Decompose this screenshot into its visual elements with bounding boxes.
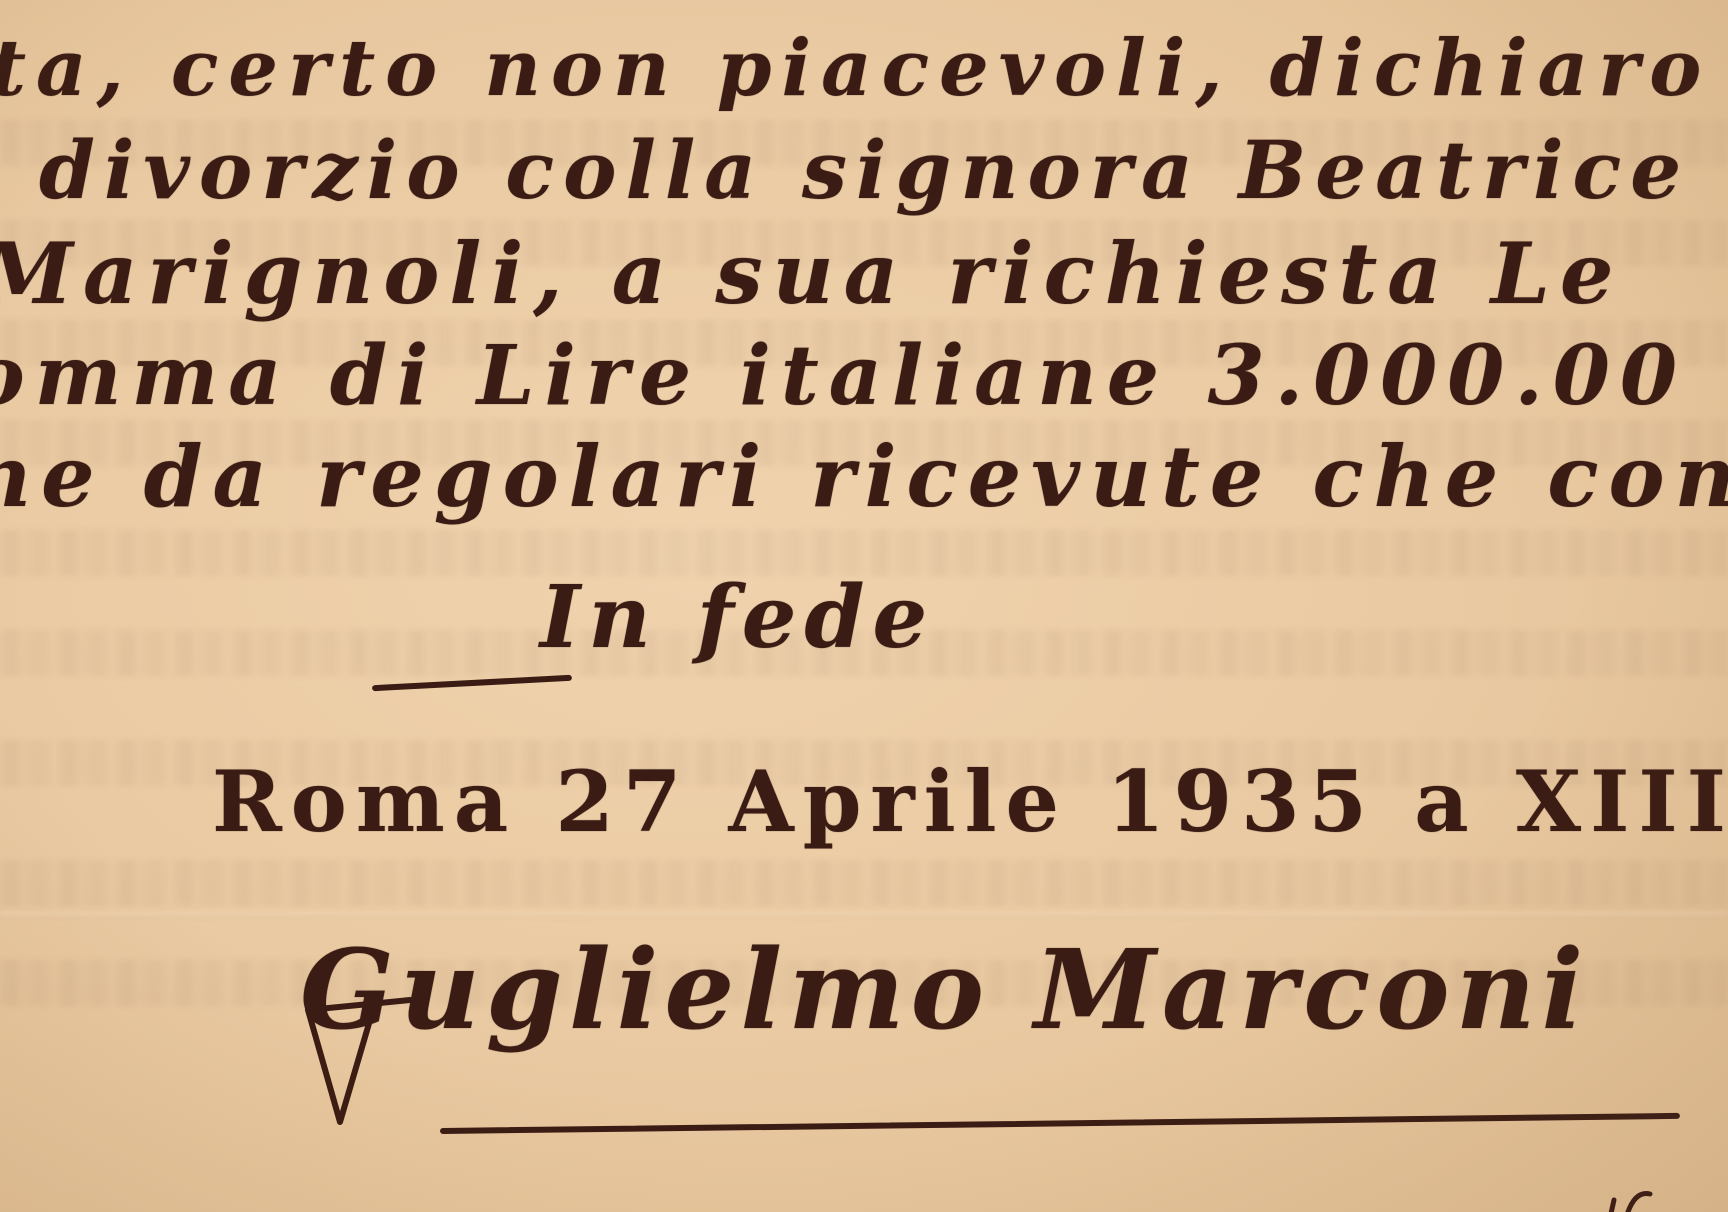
dateline: Roma 27 Aprile 1935 a XIII. E xyxy=(212,760,1728,844)
closing-phrase: In fede xyxy=(540,575,935,661)
letter-line-4: omma di Lire italiane 3.000.00 xyxy=(0,335,1687,417)
letter-line-2: - divorzio colla signora Beatrice O xyxy=(0,130,1728,210)
letter-line-1: ta, certo non piacevoli, dichiaro xyxy=(0,30,1711,108)
partial-ink-mark-icon xyxy=(1600,1180,1660,1212)
letter-line-5: ne da regolari ricevute che cons xyxy=(0,435,1728,519)
signature-underline xyxy=(440,1113,1680,1134)
paper-fold xyxy=(0,912,1728,918)
signature: Guglielmo Marconi xyxy=(300,935,1589,1045)
bleed-through-text xyxy=(0,860,1728,906)
letter-page: ta, certo non piacevoli, dichiaro - divo… xyxy=(0,0,1728,1212)
closing-dash xyxy=(372,675,572,691)
letter-line-3: Marignoli, a sua richiesta Le xyxy=(0,232,1623,316)
